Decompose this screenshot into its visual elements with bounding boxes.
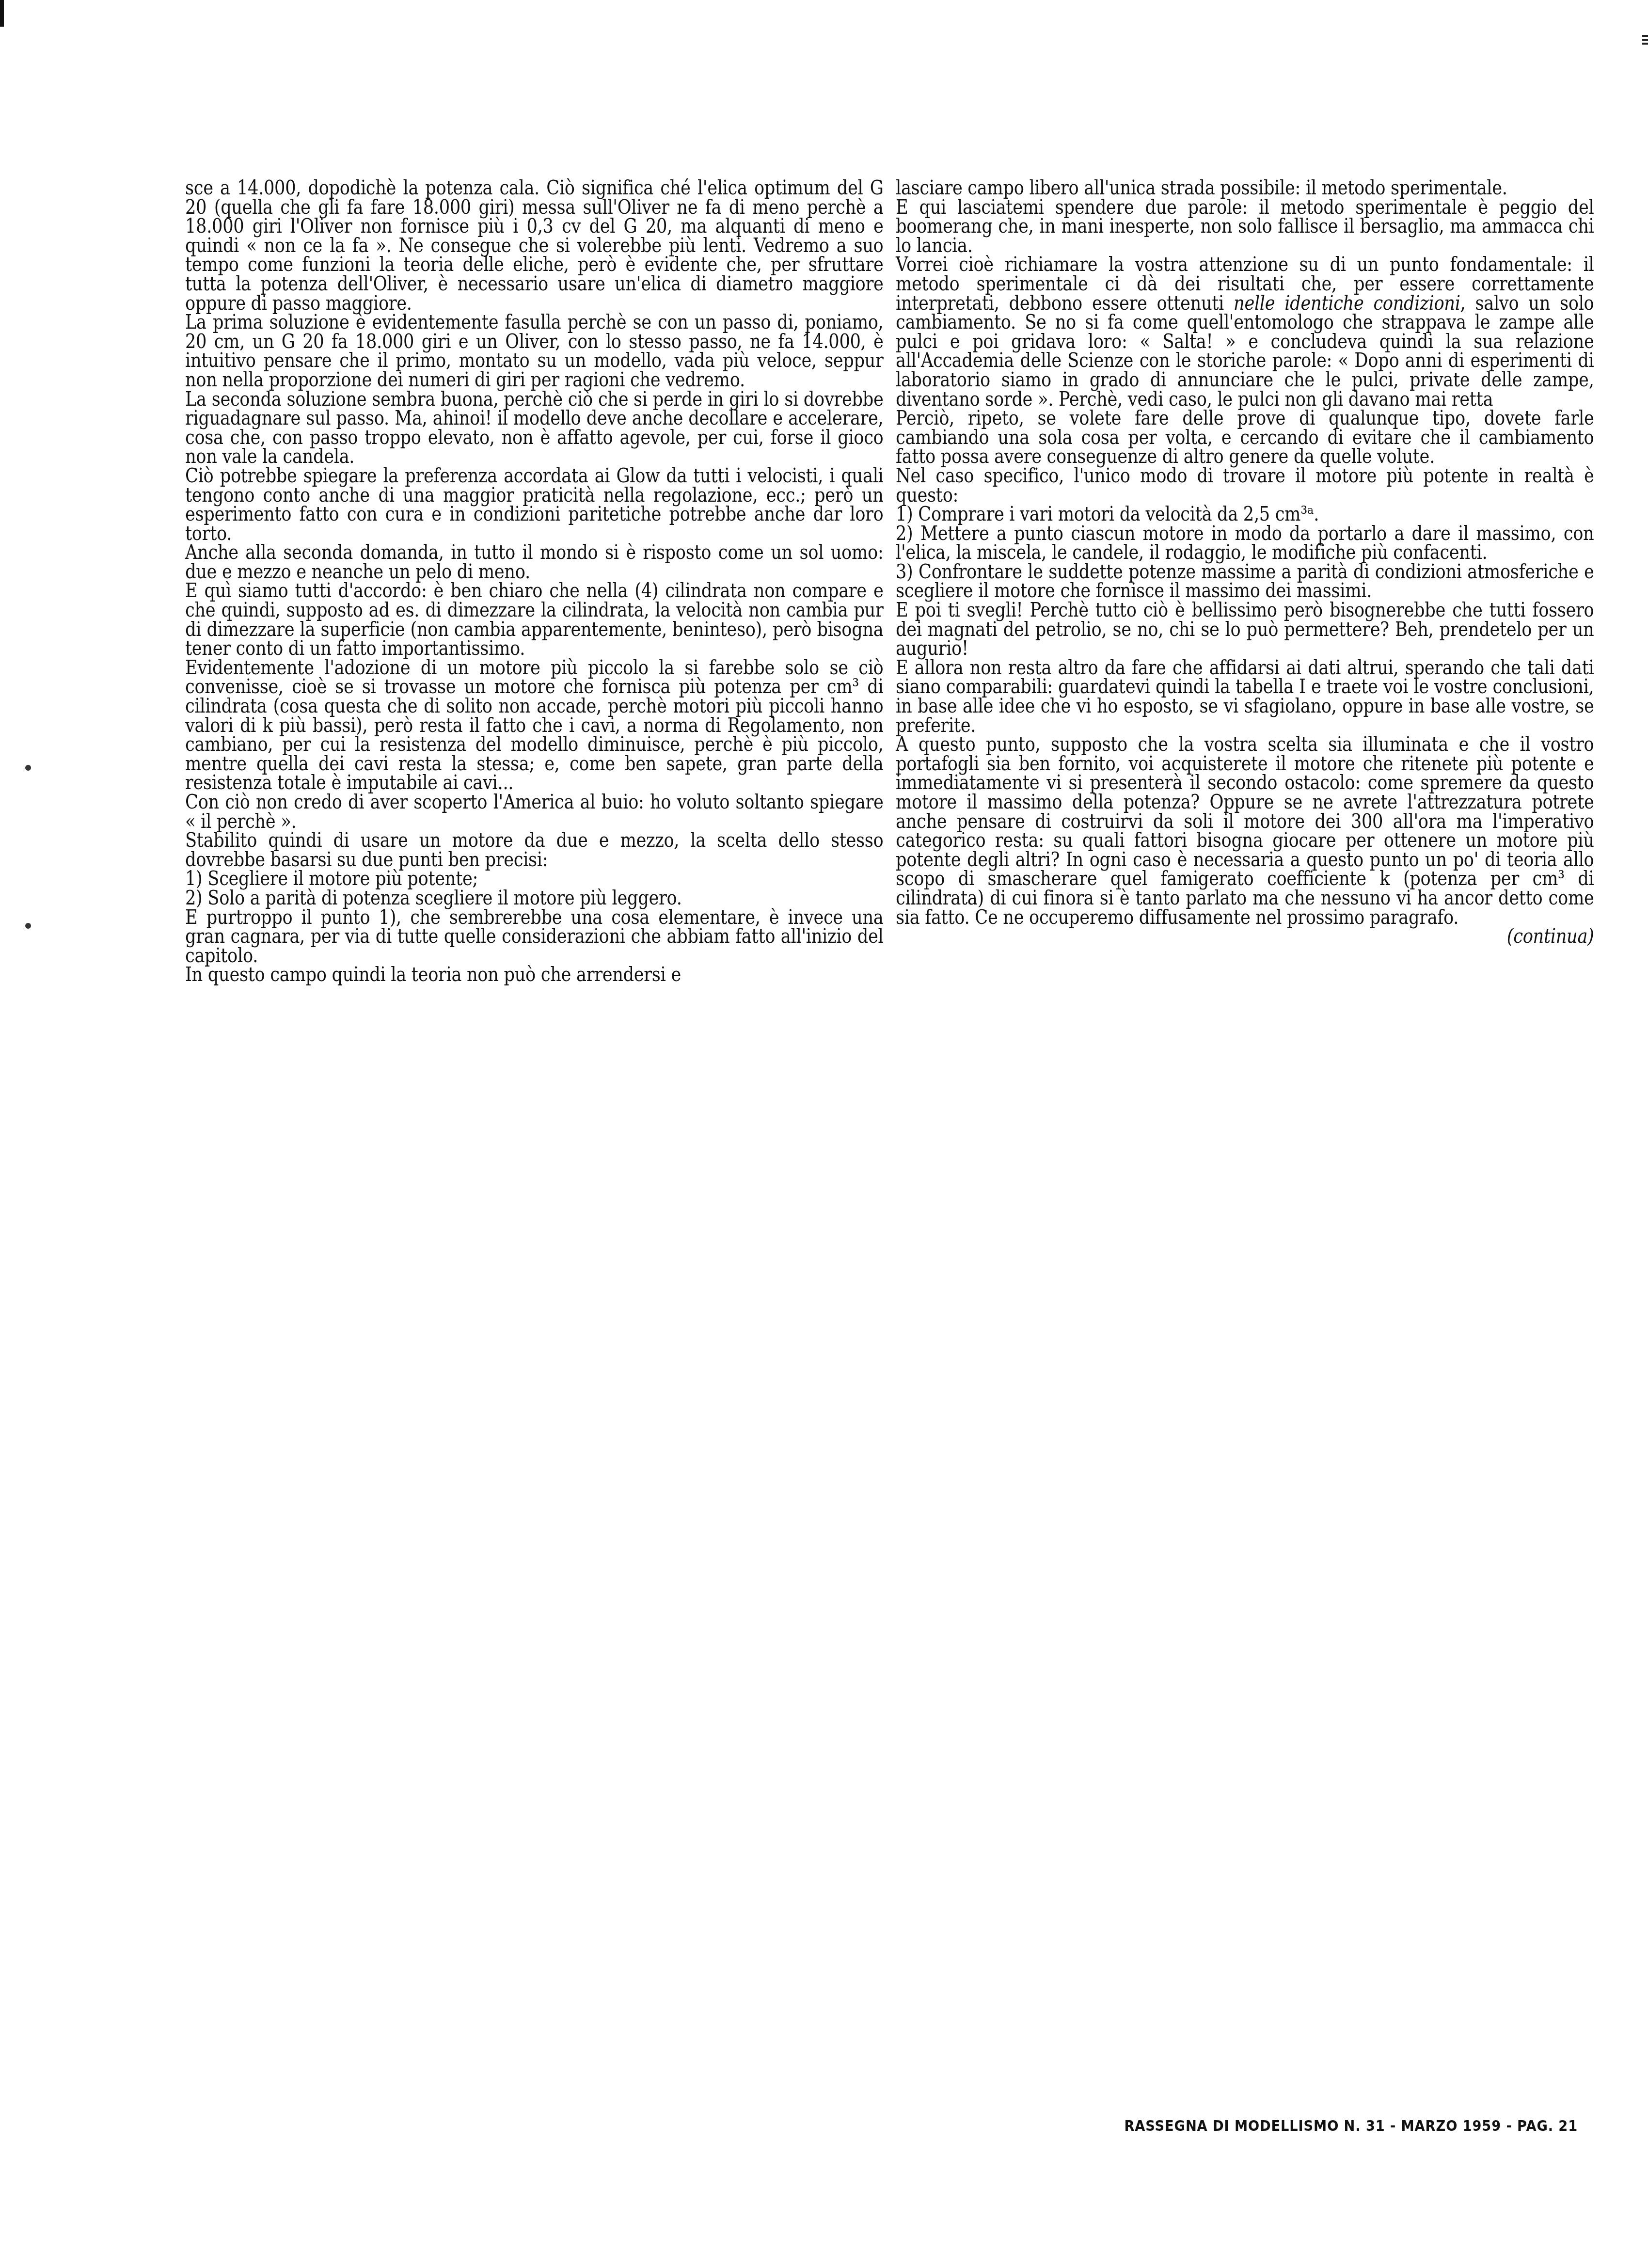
paragraph: Evidentemente l'adozione di un motore pi… (185, 658, 884, 793)
list-item: 1) Comprare i vari motori da velocità da… (896, 505, 1594, 524)
paragraph: A questo punto, supposto che la vostra s… (896, 735, 1594, 927)
paragraph: sce a 14.000, dopodichè la potenza cala.… (185, 178, 884, 313)
paragraph: Anche alla seconda domanda, in tutto il … (185, 543, 884, 581)
punch-hole-mark (25, 765, 31, 771)
paragraph: Con ciò non credo di aver scoperto l'Ame… (185, 793, 884, 831)
paragraph: lasciare campo libero all'unica strada p… (896, 178, 1594, 198)
paragraph: Vorrei cioè richiamare la vostra attenzi… (896, 255, 1594, 409)
paragraph: Nel caso specifico, l'unico modo di trov… (896, 466, 1594, 505)
paragraph: E purtroppo il punto 1), che sembrerebbe… (185, 908, 884, 966)
paragraph: E qui lasciatemi spendere due parole: il… (896, 198, 1594, 255)
magazine-page: sce a 14.000, dopodichè la potenza cala.… (0, 0, 1648, 2268)
paragraph: In questo campo quindi la teoria non può… (185, 965, 884, 984)
paragraph: Perciò, ripeto, se volete fare delle pro… (896, 409, 1594, 466)
list-item: 3) Confrontare le suddette potenze massi… (896, 562, 1594, 601)
left-column: sce a 14.000, dopodichè la potenza cala.… (185, 178, 785, 984)
right-column: lasciare campo libero all'unica strada p… (896, 178, 1496, 946)
paragraph: La prima soluzione è evidentemente fasul… (185, 313, 884, 389)
page-footer: RASSEGNA DI MODELLISMO N. 31 - MARZO 195… (1014, 2117, 1578, 2135)
list-item: 2) Solo a parità di potenza scegliere il… (185, 888, 884, 908)
list-item: 2) Mettere a punto ciascun motore in mod… (896, 524, 1594, 562)
paragraph: E poi ti svegli! Perchè tutto ciò è bell… (896, 601, 1594, 658)
paragraph: E quì siamo tutti d'accordo: è ben chiar… (185, 581, 884, 658)
paragraph: Ciò potrebbe spiegare la preferenza acco… (185, 466, 884, 543)
scan-artifact (1642, 35, 1648, 47)
scan-artifact (0, 0, 4, 27)
paragraph: E allora non resta altro da fare che aff… (896, 658, 1594, 735)
right-column-text: lasciare campo libero all'unica strada p… (896, 178, 1594, 927)
paragraph: Stabilito quindi di usare un motore da d… (185, 831, 884, 869)
punch-hole-mark (25, 923, 31, 929)
continued-label: (continua) (896, 927, 1594, 946)
paragraph: La seconda soluzione sembra buona, perch… (185, 390, 884, 466)
left-column-text: sce a 14.000, dopodichè la potenza cala.… (185, 178, 884, 984)
